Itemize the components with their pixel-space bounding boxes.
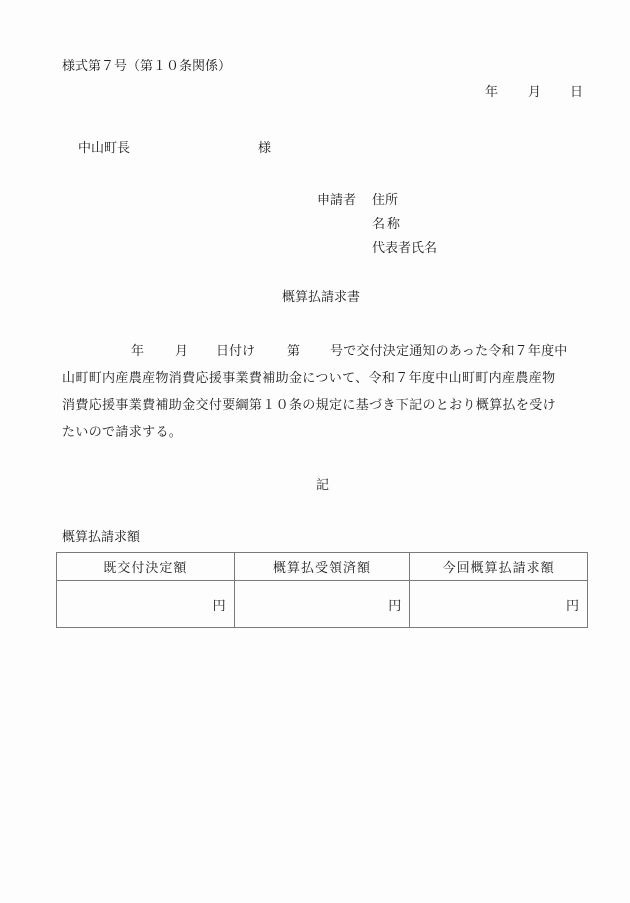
received-amount-cell[interactable]: 円 [234,581,410,628]
amount-heading: 概算払請求額 [62,530,140,546]
body-no: 第 [287,344,300,360]
col-header-request-amount: 今回概算払請求額 [410,553,588,581]
col-header-received-amount: 概算払受領済額 [234,553,410,581]
date-year: 年 [485,85,498,101]
amount-table-header: 既交付決定額 概算払受領済額 今回概算払請求額 [57,553,588,581]
table-row: 円 円 円 [57,581,588,628]
decided-amount-cell[interactable]: 円 [57,581,235,628]
applicant-label: 申請者 [317,193,356,209]
form-number: 様式第７号（第１０条関係） [62,59,231,75]
applicant-representative-label: 代表者氏名 [372,241,437,257]
body-line4: たいので請求する。 [62,425,182,441]
body-line1-rest: 号で交付決定通知のあった令和７年度中 [330,344,567,360]
body-year: 年 [131,344,144,360]
amount-table: 既交付決定額 概算払受領済額 今回概算払請求額 円 円 円 [56,552,588,628]
addressee-name: 中山町長 [78,141,130,157]
date-day: 日 [570,85,583,101]
body-month: 月 [175,344,188,360]
request-amount-cell[interactable]: 円 [410,581,588,628]
applicant-name-label: 名称 [372,217,402,233]
body-line3: 消費応援事業費補助金交付要綱第１０条の規定に基づき下記のとおり概算払を受け [62,398,556,414]
date-month: 月 [528,85,541,101]
document-title: 概算払請求書 [282,290,360,306]
ki-heading: 記 [316,478,329,494]
body-day: 日付け [216,344,255,360]
applicant-address-label: 住所 [372,193,398,209]
col-header-decided-amount: 既交付決定額 [57,553,235,581]
addressee-honorific: 様 [258,141,271,157]
body-line2: 山町町内産農産物消費応援事業費補助金について、令和７年度中山町町内産農産物 [62,371,555,387]
